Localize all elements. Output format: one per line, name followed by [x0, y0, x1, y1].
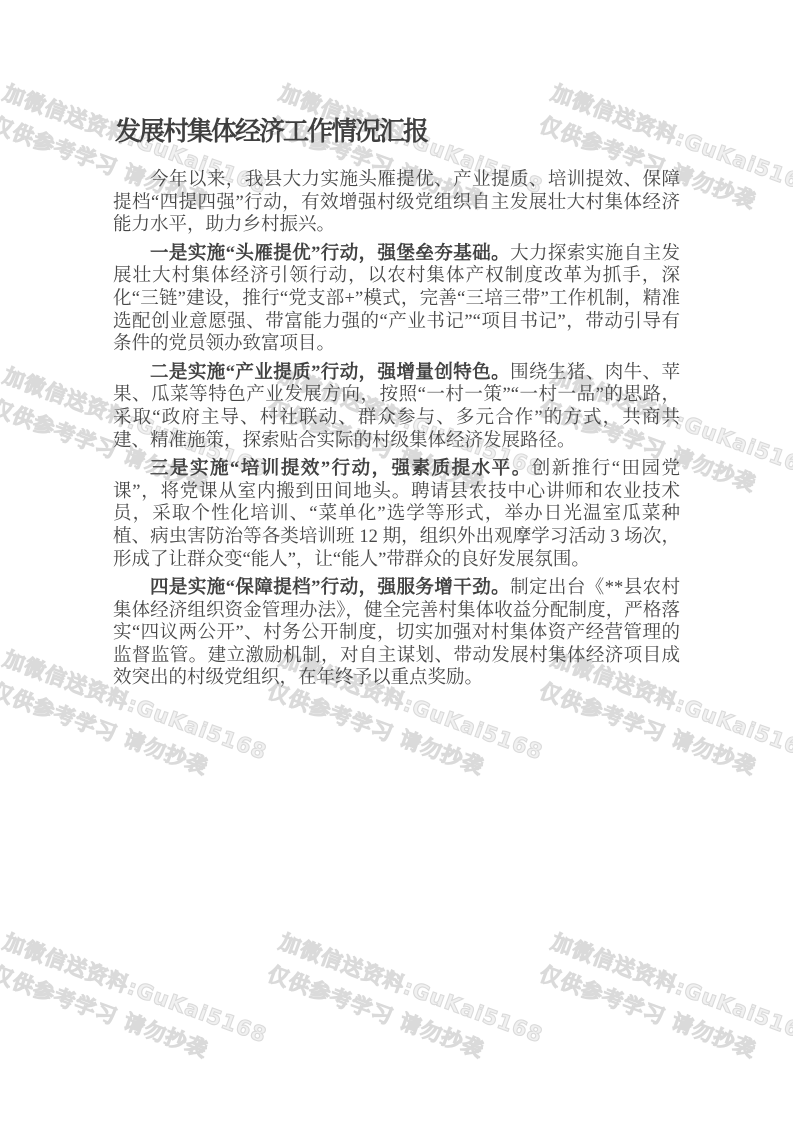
document-page: 加微信送资料:GuKai5168仅供参考学习 请勿抄袭加微信送资料:GuKai5…: [0, 0, 793, 1122]
watermark-line2: 仅供参考学习 请勿抄袭: [535, 957, 793, 1084]
paragraph-lead: 四是实施“保障提档”行动，强服务增干劲。: [150, 578, 510, 598]
paragraph-lead: 一是实施“头雁提优”行动，强堡垒夯基础。: [150, 244, 510, 264]
watermark-text: 加微信送资料:GuKai5168仅供参考学习 请勿抄袭: [535, 925, 793, 1084]
watermark-line1: 加微信送资料:GuKai5168: [274, 925, 548, 1052]
document-content: 发展村集体经济工作情况汇报 今年以来，我县大力实施头雁提优、产业提质、培训提效、…: [113, 116, 680, 696]
watermark-line2: 仅供参考学习 请勿抄袭: [0, 957, 260, 1084]
paragraph-2: 一是实施“头雁提优”行动，强堡垒夯基础。大力探索实施自主发展壮大村集体经济引领行…: [113, 243, 680, 356]
paragraph-text: 今年以来，我县大力实施头雁提优、产业提质、培训提效、保障提档“四提四强”行动，有…: [113, 170, 680, 235]
paragraph-1: 今年以来，我县大力实施头雁提优、产业提质、培训提效、保障提档“四提四强”行动，有…: [113, 169, 680, 237]
paragraph-lead: 二是实施“产业提质”行动，强增量创特色。: [150, 363, 510, 383]
paragraph-4: 三是实施“培训提效”行动，强素质提水平。创新推行“田园党课”，将党课从室内搬到田…: [113, 458, 680, 571]
watermark-line1: 加微信送资料:GuKai5168: [546, 925, 793, 1052]
paragraph-5: 四是实施“保障提档”行动，强服务增干劲。制定出台《**县农村集体经济组织资金管理…: [113, 577, 680, 690]
watermark-line1: 加微信送资料:GuKai5168: [0, 925, 272, 1052]
watermark-text: 加微信送资料:GuKai5168仅供参考学习 请勿抄袭: [0, 925, 272, 1084]
watermark-line2: 仅供参考学习 请勿抄袭: [263, 957, 537, 1084]
document-body: 今年以来，我县大力实施头雁提优、产业提质、培训提效、保障提档“四提四强”行动，有…: [113, 169, 680, 690]
paragraph-lead: 三是实施“培训提效”行动，强素质提水平。: [150, 459, 532, 479]
paragraph-3: 二是实施“产业提质”行动，强增量创特色。围绕生猪、肉牛、苹果、瓜菜等特色产业发展…: [113, 362, 680, 452]
document-title: 发展村集体经济工作情况汇报: [115, 116, 680, 148]
screenshot-root: { "document": { "title": "发展村集体经济工作情况汇报"…: [0, 0, 793, 1122]
watermark-text: 加微信送资料:GuKai5168仅供参考学习 请勿抄袭: [263, 925, 548, 1084]
